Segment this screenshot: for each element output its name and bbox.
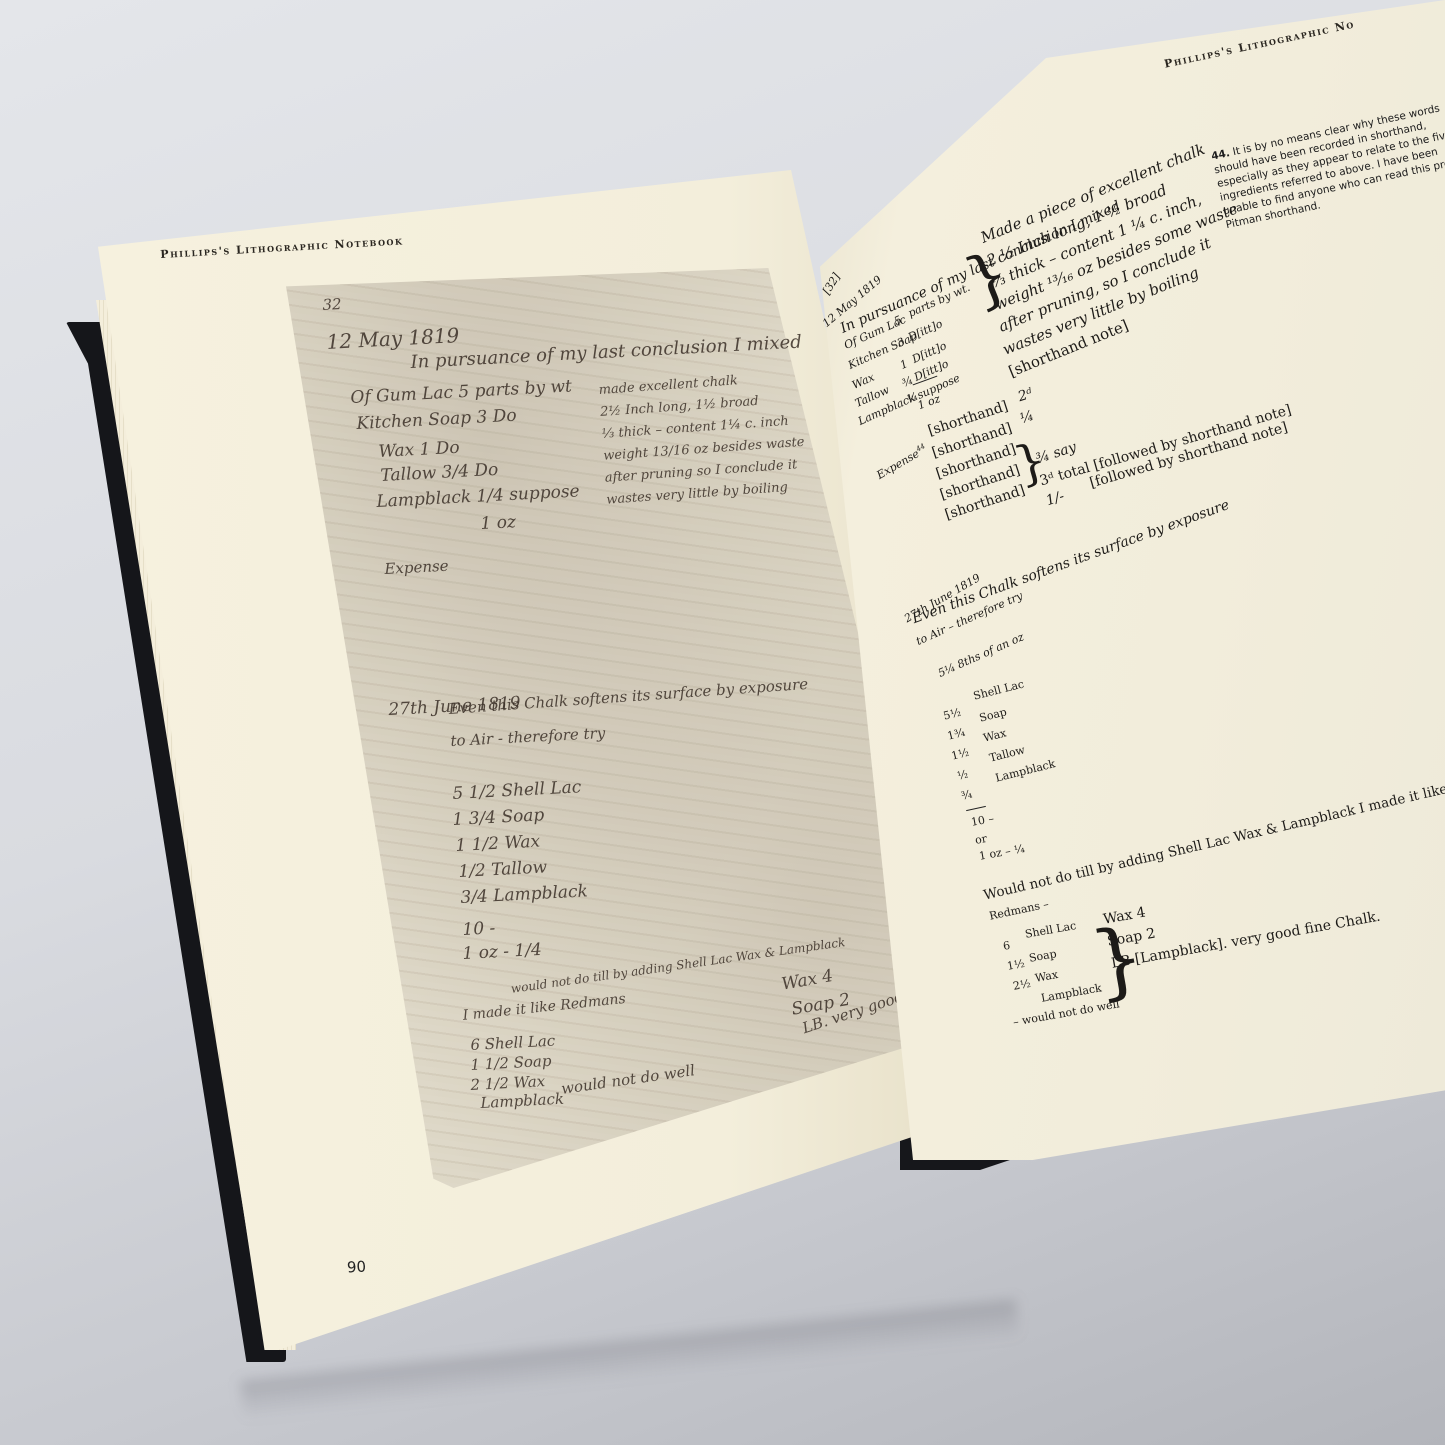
ingredient-qty: ¾ [960,787,973,802]
entry2-or: or [974,832,988,847]
page-number-left: 90 [347,1258,367,1277]
